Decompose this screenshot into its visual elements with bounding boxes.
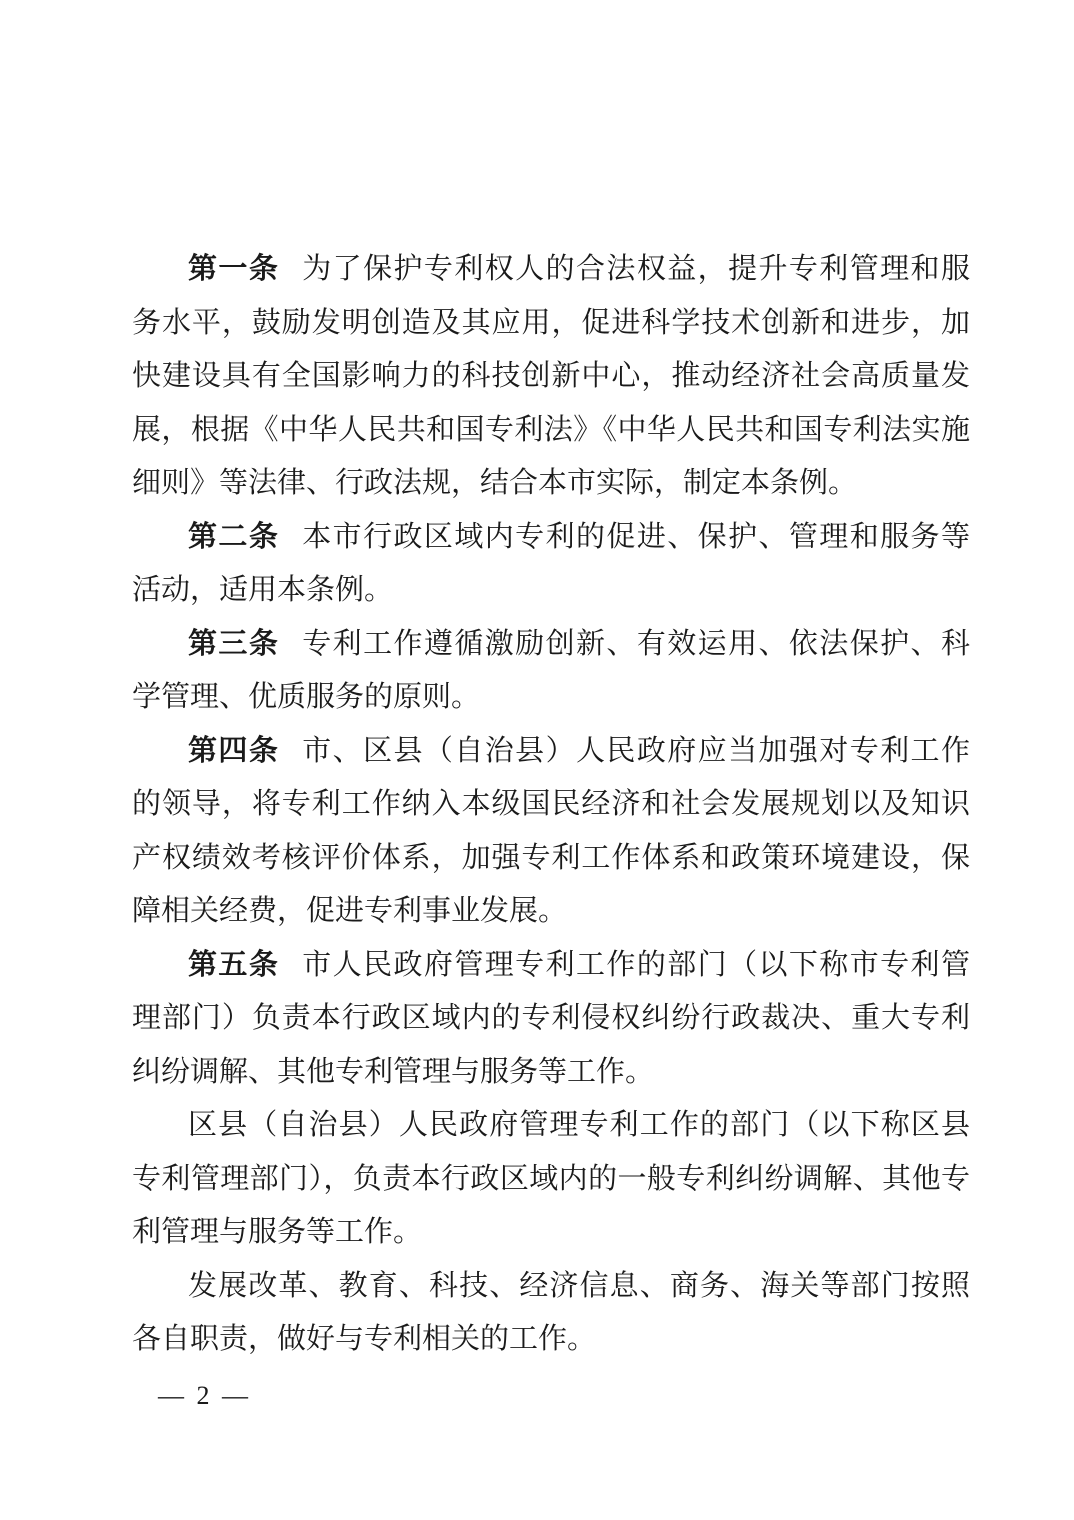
article-number: 第三条 bbox=[188, 628, 279, 660]
text-line: 第三条专利工作遵循激励创新、有效运用、依法保护、科 bbox=[132, 618, 970, 672]
line-text: 务水平，鼓励发明创造及其应用，促进科学技术创新和进步，加 bbox=[132, 307, 970, 339]
text-line: 学管理、优质服务的原则。 bbox=[132, 671, 970, 725]
text-line: 发展改革、教育、科技、经济信息、商务、海关等部门按照 bbox=[132, 1260, 970, 1314]
text-line: 第一条为了保护专利权人的合法权益，提升专利管理和服 bbox=[132, 243, 970, 297]
text-line: 细则》等法律、行政法规，结合本市实际，制定本条例。 bbox=[132, 457, 970, 511]
text-line: 的领导，将专利工作纳入本级国民经济和社会发展规划以及知识 bbox=[132, 778, 970, 832]
text-line: 专利管理部门），负责本行政区域内的一般专利纠纷调解、其他专 bbox=[132, 1153, 970, 1207]
line-text: 的领导，将专利工作纳入本级国民经济和社会发展规划以及知识 bbox=[132, 788, 970, 820]
text-line: 展，根据《中华人民共和国专利法》《中华人民共和国专利法实施 bbox=[132, 404, 970, 458]
article-number: 第二条 bbox=[188, 521, 279, 553]
line-text: 快建设具有全国影响力的科技创新中心，推动经济社会高质量发 bbox=[132, 360, 970, 392]
line-text: 学管理、优质服务的原则。 bbox=[132, 681, 480, 713]
document-page: 第一条为了保护专利权人的合法权益，提升专利管理和服务水平，鼓励发明创造及其应用，… bbox=[0, 0, 1074, 1520]
paragraph: 第二条本市行政区域内专利的促进、保护、管理和服务等活动，适用本条例。 bbox=[132, 511, 970, 618]
line-text: 障相关经费，促进专利事业发展。 bbox=[132, 895, 567, 927]
text-line: 务水平，鼓励发明创造及其应用，促进科学技术创新和进步，加 bbox=[132, 297, 970, 351]
line-text: 展，根据《中华人民共和国专利法》《中华人民共和国专利法实施 bbox=[132, 414, 970, 446]
line-text: 发展改革、教育、科技、经济信息、商务、海关等部门按照 bbox=[188, 1270, 970, 1302]
text-line: 活动，适用本条例。 bbox=[132, 564, 970, 618]
paragraph: 区县（自治县）人民政府管理专利工作的部门（以下称区县专利管理部门），负责本行政区… bbox=[132, 1099, 970, 1260]
paragraph: 第三条专利工作遵循激励创新、有效运用、依法保护、科学管理、优质服务的原则。 bbox=[132, 618, 970, 725]
text-line: 第五条市人民政府管理专利工作的部门（以下称市专利管 bbox=[132, 939, 970, 993]
text-line: 第四条市、区县（自治县）人民政府应当加强对专利工作 bbox=[132, 725, 970, 779]
text-line: 第二条本市行政区域内专利的促进、保护、管理和服务等 bbox=[132, 511, 970, 565]
text-line: 障相关经费，促进专利事业发展。 bbox=[132, 885, 970, 939]
line-text: 理部门）负责本行政区域内的专利侵权纠纷行政裁决、重大专利 bbox=[132, 1002, 970, 1034]
line-text: 各自职责，做好与专利相关的工作。 bbox=[132, 1323, 596, 1355]
line-text: 区县（自治县）人民政府管理专利工作的部门（以下称区县 bbox=[188, 1109, 970, 1141]
document-body: 第一条为了保护专利权人的合法权益，提升专利管理和服务水平，鼓励发明创造及其应用，… bbox=[132, 243, 970, 1367]
text-line: 产权绩效考核评价体系，加强专利工作体系和政策环境建设，保 bbox=[132, 832, 970, 886]
line-text: 本市行政区域内专利的促进、保护、管理和服务等 bbox=[302, 521, 970, 553]
article-number: 第四条 bbox=[188, 735, 279, 767]
paragraph: 第四条市、区县（自治县）人民政府应当加强对专利工作的领导，将专利工作纳入本级国民… bbox=[132, 725, 970, 939]
text-line: 区县（自治县）人民政府管理专利工作的部门（以下称区县 bbox=[132, 1099, 970, 1153]
text-line: 理部门）负责本行政区域内的专利侵权纠纷行政裁决、重大专利 bbox=[132, 992, 970, 1046]
paragraph: 第五条市人民政府管理专利工作的部门（以下称市专利管理部门）负责本行政区域内的专利… bbox=[132, 939, 970, 1100]
text-line: 利管理与服务等工作。 bbox=[132, 1206, 970, 1260]
paragraph: 发展改革、教育、科技、经济信息、商务、海关等部门按照各自职责，做好与专利相关的工… bbox=[132, 1260, 970, 1367]
line-text: 为了保护专利权人的合法权益，提升专利管理和服 bbox=[302, 253, 970, 285]
line-text: 专利工作遵循激励创新、有效运用、依法保护、科 bbox=[302, 628, 970, 660]
page-number: — 2 — bbox=[158, 1381, 251, 1411]
line-text: 利管理与服务等工作。 bbox=[132, 1216, 422, 1248]
text-line: 快建设具有全国影响力的科技创新中心，推动经济社会高质量发 bbox=[132, 350, 970, 404]
text-line: 纠纷调解、其他专利管理与服务等工作。 bbox=[132, 1046, 970, 1100]
line-text: 活动，适用本条例。 bbox=[132, 574, 393, 606]
line-text: 专利管理部门），负责本行政区域内的一般专利纠纷调解、其他专 bbox=[132, 1163, 970, 1195]
paragraph: 第一条为了保护专利权人的合法权益，提升专利管理和服务水平，鼓励发明创造及其应用，… bbox=[132, 243, 970, 511]
text-line: 各自职责，做好与专利相关的工作。 bbox=[132, 1313, 970, 1367]
article-number: 第一条 bbox=[188, 253, 279, 285]
article-number: 第五条 bbox=[188, 949, 279, 981]
line-text: 细则》等法律、行政法规，结合本市实际，制定本条例。 bbox=[132, 467, 857, 499]
line-text: 纠纷调解、其他专利管理与服务等工作。 bbox=[132, 1056, 654, 1088]
line-text: 市人民政府管理专利工作的部门（以下称市专利管 bbox=[302, 949, 970, 981]
line-text: 产权绩效考核评价体系，加强专利工作体系和政策环境建设，保 bbox=[132, 842, 970, 874]
line-text: 市、区县（自治县）人民政府应当加强对专利工作 bbox=[302, 735, 970, 767]
